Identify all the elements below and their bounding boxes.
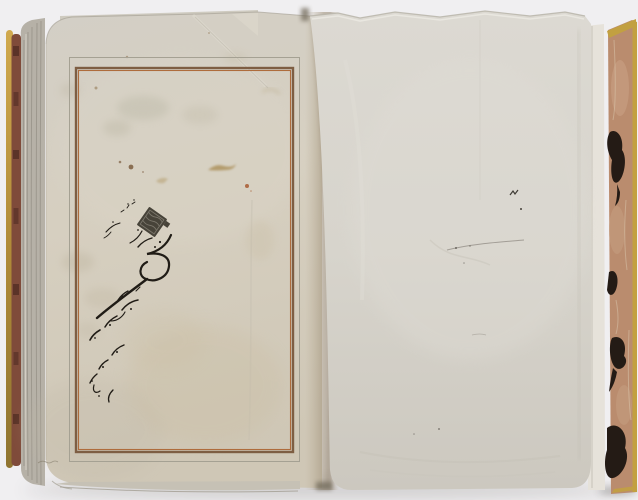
left-folio [25, 12, 322, 492]
gutter-top-notch [301, 8, 309, 21]
marbled-doublure [605, 19, 637, 494]
rust-spot [245, 184, 249, 188]
marble-gilt-right-edge [633, 22, 638, 492]
right-folio [310, 11, 591, 490]
manuscript-photo [0, 0, 638, 500]
gutter-bottom-notch [316, 482, 332, 490]
manuscript-photo-canvas [0, 0, 638, 500]
